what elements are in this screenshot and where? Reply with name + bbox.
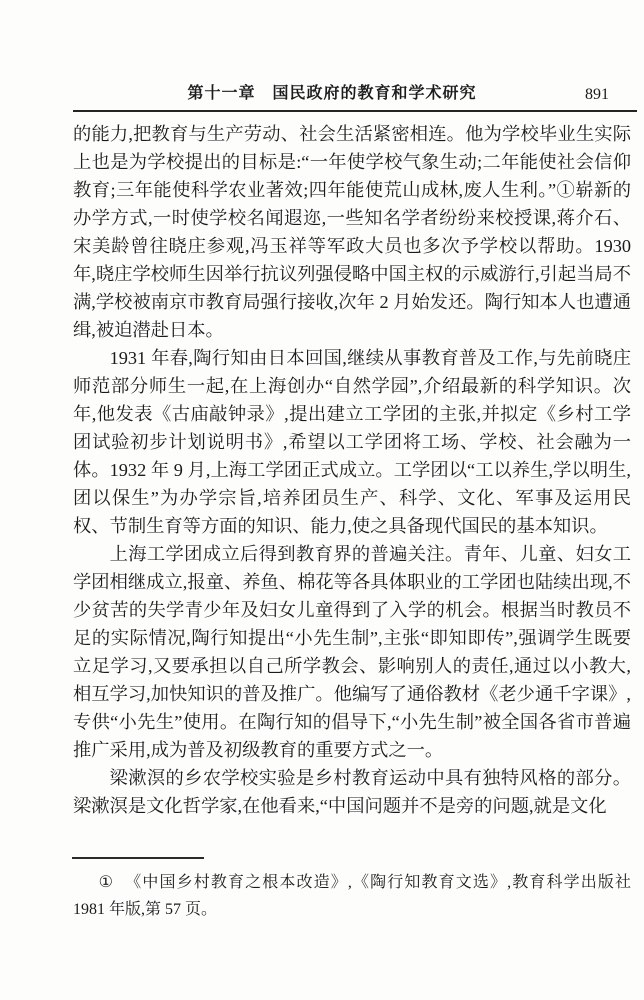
footnote-text: 《中国乡村教育之根本改造》,《陶行知教育文选》,教育科学出版社 1981 年版,… [73,874,631,918]
body-paragraph: 梁漱溟的乡农学校实验是乡村教育运动中具有独特风格的部分。梁漱溟是文化哲学家,在他… [73,764,631,820]
body-paragraph: 的能力,把教育与生产劳动、社会生活紧密相连。他为学校毕业生实际上也是为学校提出的… [73,120,631,344]
body-paragraph: 1931 年春,陶行知由日本回国,继续从事教育普及工作,与先前晓庄师范部分师生一… [73,344,631,540]
footnote-separator [72,857,204,859]
page-number: 891 [585,85,609,105]
header-rule [73,110,637,112]
footnote-line: ①《中国乡村教育之根本改造》,《陶行知教育文选》,教育科学出版社 1981 年版… [73,869,631,923]
running-head: 第十一章 国民政府的教育和学术研究 891 [73,84,631,106]
footnote: ①《中国乡村教育之根本改造》,《陶行知教育文选》,教育科学出版社 1981 年版… [73,869,631,923]
body-paragraph: 上海工学团成立后得到教育界的普遍关注。青年、儿童、妇女工学团相继成立,报童、养鱼… [73,540,631,764]
book-page: 第十一章 国民政府的教育和学术研究 891 的能力,把教育与生产劳动、社会生活紧… [0,0,644,1000]
footnote-marker: ① [99,874,114,891]
chapter-title: 第十一章 国民政府的教育和学术研究 [73,84,591,104]
body-text: 的能力,把教育与生产劳动、社会生活紧密相连。他为学校毕业生实际上也是为学校提出的… [73,120,631,820]
